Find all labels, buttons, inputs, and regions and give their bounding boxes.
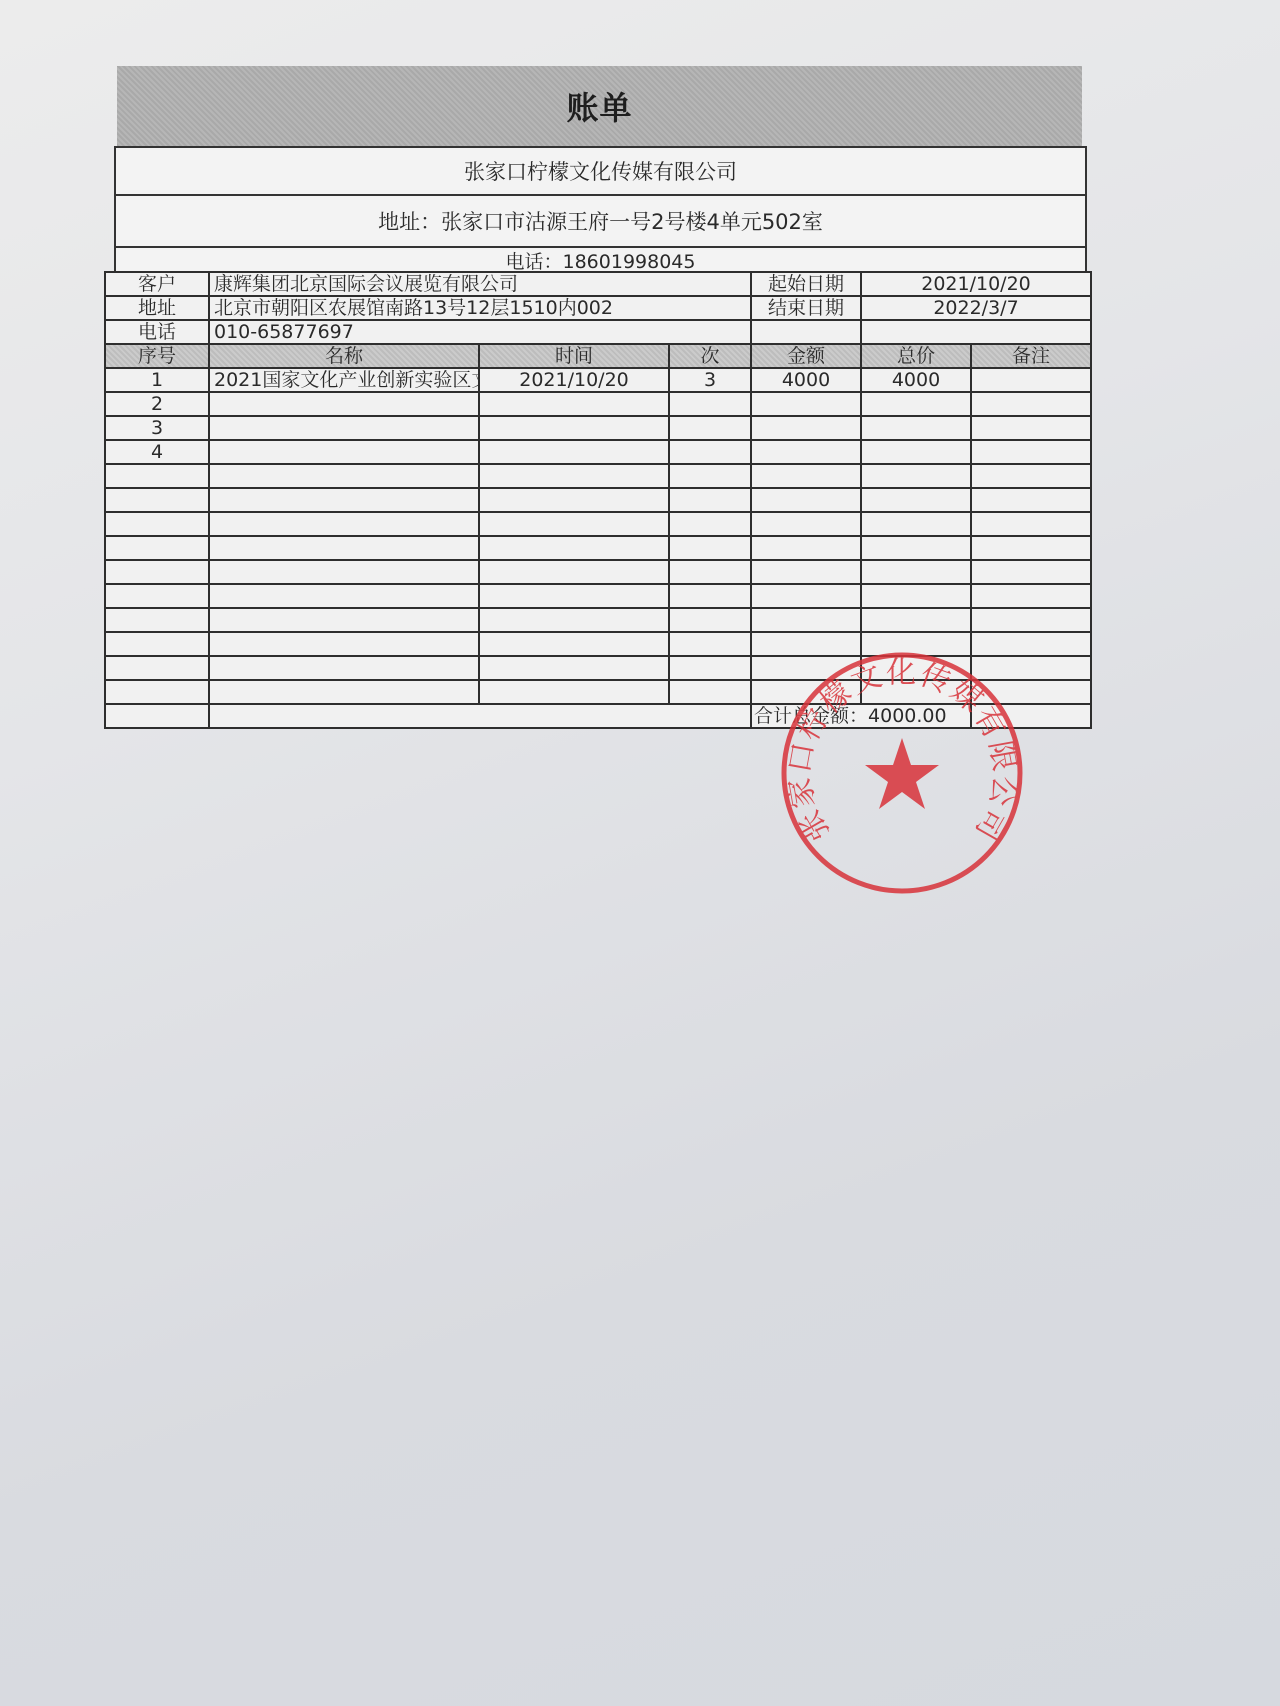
empty-cell xyxy=(479,656,669,680)
empty-cell xyxy=(479,680,669,704)
table-row xyxy=(105,680,1091,704)
empty-cell xyxy=(751,656,861,680)
cell-time xyxy=(479,392,669,416)
cell-note xyxy=(971,392,1091,416)
empty-cell xyxy=(971,704,1091,728)
empty-cell xyxy=(669,656,751,680)
empty-cell xyxy=(971,608,1091,632)
empty-cell xyxy=(479,536,669,560)
empty-cell xyxy=(751,320,861,344)
start-date-label: 起始日期 xyxy=(751,272,861,296)
col-header-note: 备注 xyxy=(971,344,1091,368)
table-row: 3 xyxy=(105,416,1091,440)
customer-value: 康辉集团北京国际会议展览有限公司 xyxy=(209,272,751,296)
empty-cell xyxy=(861,488,971,512)
empty-cell xyxy=(479,488,669,512)
table-row xyxy=(105,512,1091,536)
empty-cell xyxy=(971,656,1091,680)
issuer-company: 张家口柠檬文化传媒有限公司 xyxy=(114,146,1087,194)
empty-cell xyxy=(479,560,669,584)
empty-cell xyxy=(669,584,751,608)
issuer-phone: 电话：18601998045 xyxy=(114,246,1087,272)
empty-cell xyxy=(861,320,1091,344)
empty-cell xyxy=(751,584,861,608)
cell-total xyxy=(861,416,971,440)
cell-no: 2 xyxy=(105,392,209,416)
empty-cell xyxy=(971,512,1091,536)
cell-amount xyxy=(751,416,861,440)
title-band: 账单 xyxy=(117,66,1082,146)
table-row xyxy=(105,632,1091,656)
table-row xyxy=(105,488,1091,512)
blank-rows xyxy=(105,464,1091,704)
empty-cell xyxy=(479,608,669,632)
empty-cell xyxy=(479,464,669,488)
cell-amount xyxy=(751,440,861,464)
empty-cell xyxy=(209,464,479,488)
empty-cell xyxy=(479,512,669,536)
empty-cell xyxy=(105,536,209,560)
cell-amount xyxy=(751,392,861,416)
cell-note xyxy=(971,416,1091,440)
table-header: 序号 名称 时间 次 金额 总价 备注 xyxy=(105,344,1091,368)
customer-phone-row: 电话 010-65877697 xyxy=(105,320,1091,344)
empty-cell xyxy=(209,584,479,608)
empty-cell xyxy=(209,656,479,680)
col-header-time: 时间 xyxy=(479,344,669,368)
empty-cell xyxy=(209,512,479,536)
empty-cell xyxy=(751,488,861,512)
empty-cell xyxy=(209,488,479,512)
empty-cell xyxy=(209,704,751,728)
empty-cell xyxy=(479,632,669,656)
address-value: 北京市朝阳区农展馆南路13号12层1510内002 xyxy=(209,296,751,320)
issuer-address: 地址：张家口市沽源王府一号2号楼4单元502室 xyxy=(114,194,1087,246)
cell-no: 3 xyxy=(105,416,209,440)
cell-name xyxy=(209,392,479,416)
cell-time xyxy=(479,416,669,440)
col-header-amount: 金额 xyxy=(751,344,861,368)
table-row xyxy=(105,584,1091,608)
total-row: 合计总金额：4000.00 xyxy=(105,704,1091,728)
cell-note xyxy=(971,368,1091,392)
col-header-no: 序号 xyxy=(105,344,209,368)
empty-cell xyxy=(669,560,751,584)
table-row xyxy=(105,464,1091,488)
empty-cell xyxy=(861,560,971,584)
cell-no: 4 xyxy=(105,440,209,464)
customer-row: 客户 康辉集团北京国际会议展览有限公司 起始日期 2021/10/20 xyxy=(105,272,1091,296)
total-amount: 合计总金额：4000.00 xyxy=(751,704,971,728)
phone-label: 电话 xyxy=(105,320,209,344)
empty-cell xyxy=(861,632,971,656)
empty-cell xyxy=(971,584,1091,608)
empty-cell xyxy=(751,536,861,560)
empty-cell xyxy=(105,656,209,680)
empty-cell xyxy=(861,680,971,704)
empty-cell xyxy=(105,608,209,632)
cell-time: 2021/10/20 xyxy=(479,368,669,392)
table-row xyxy=(105,536,1091,560)
table-row xyxy=(105,608,1091,632)
cell-count: 3 xyxy=(669,368,751,392)
empty-cell xyxy=(751,632,861,656)
empty-cell xyxy=(751,512,861,536)
empty-cell xyxy=(971,488,1091,512)
cell-no: 1 xyxy=(105,368,209,392)
empty-cell xyxy=(861,656,971,680)
empty-cell xyxy=(751,608,861,632)
table-row xyxy=(105,560,1091,584)
empty-cell xyxy=(751,680,861,704)
empty-cell xyxy=(105,632,209,656)
end-date-value: 2022/3/7 xyxy=(861,296,1091,320)
empty-cell xyxy=(971,632,1091,656)
empty-cell xyxy=(209,680,479,704)
empty-cell xyxy=(751,560,861,584)
empty-cell xyxy=(861,608,971,632)
cell-count xyxy=(669,440,751,464)
cell-amount: 4000 xyxy=(751,368,861,392)
end-date-label: 结束日期 xyxy=(751,296,861,320)
table-row: 1 2021国家文化产业创新实验区文化金融发展论坛 2021/10/20 3 4… xyxy=(105,368,1091,392)
empty-cell xyxy=(669,680,751,704)
empty-cell xyxy=(971,464,1091,488)
col-header-total: 总价 xyxy=(861,344,971,368)
cell-count xyxy=(669,392,751,416)
bill-sheet: 账单 张家口柠檬文化传媒有限公司 地址：张家口市沽源王府一号2号楼4单元502室… xyxy=(0,0,1280,1706)
empty-cell xyxy=(209,560,479,584)
empty-cell xyxy=(105,704,209,728)
col-header-name: 名称 xyxy=(209,344,479,368)
empty-cell xyxy=(751,464,861,488)
empty-cell xyxy=(105,680,209,704)
empty-cell xyxy=(861,464,971,488)
empty-cell xyxy=(105,560,209,584)
customer-label: 客户 xyxy=(105,272,209,296)
empty-cell xyxy=(209,632,479,656)
empty-cell xyxy=(669,536,751,560)
cell-name: 2021国家文化产业创新实验区文化金融发展论坛 xyxy=(209,368,479,392)
empty-cell xyxy=(479,584,669,608)
customer-address-row: 地址 北京市朝阳区农展馆南路13号12层1510内002 结束日期 2022/3… xyxy=(105,296,1091,320)
empty-cell xyxy=(209,536,479,560)
empty-cell xyxy=(105,584,209,608)
empty-cell xyxy=(669,464,751,488)
total-label: 合计总金额： xyxy=(754,705,868,727)
cell-count xyxy=(669,416,751,440)
cell-total xyxy=(861,440,971,464)
total-value: 4000.00 xyxy=(868,705,947,727)
empty-cell xyxy=(669,632,751,656)
cell-time xyxy=(479,440,669,464)
cell-total: 4000 xyxy=(861,368,971,392)
cell-total xyxy=(861,392,971,416)
empty-cell xyxy=(971,560,1091,584)
table-row: 2 xyxy=(105,392,1091,416)
empty-cell xyxy=(105,464,209,488)
cell-note xyxy=(971,440,1091,464)
empty-cell xyxy=(861,536,971,560)
empty-cell xyxy=(105,512,209,536)
table-row: 4 xyxy=(105,440,1091,464)
cell-name xyxy=(209,440,479,464)
empty-cell xyxy=(861,512,971,536)
empty-cell xyxy=(669,608,751,632)
empty-cell xyxy=(861,584,971,608)
col-header-count: 次 xyxy=(669,344,751,368)
empty-cell xyxy=(971,680,1091,704)
cell-name xyxy=(209,416,479,440)
phone-value: 010-65877697 xyxy=(209,320,751,344)
bill-table: 客户 康辉集团北京国际会议展览有限公司 起始日期 2021/10/20 地址 北… xyxy=(104,271,1092,729)
empty-cell xyxy=(105,488,209,512)
document-title: 账单 xyxy=(566,83,632,129)
empty-cell xyxy=(971,536,1091,560)
empty-cell xyxy=(209,608,479,632)
address-label: 地址 xyxy=(105,296,209,320)
empty-cell xyxy=(669,488,751,512)
table-row xyxy=(105,656,1091,680)
start-date-value: 2021/10/20 xyxy=(861,272,1091,296)
star-icon xyxy=(865,738,939,809)
empty-cell xyxy=(669,512,751,536)
